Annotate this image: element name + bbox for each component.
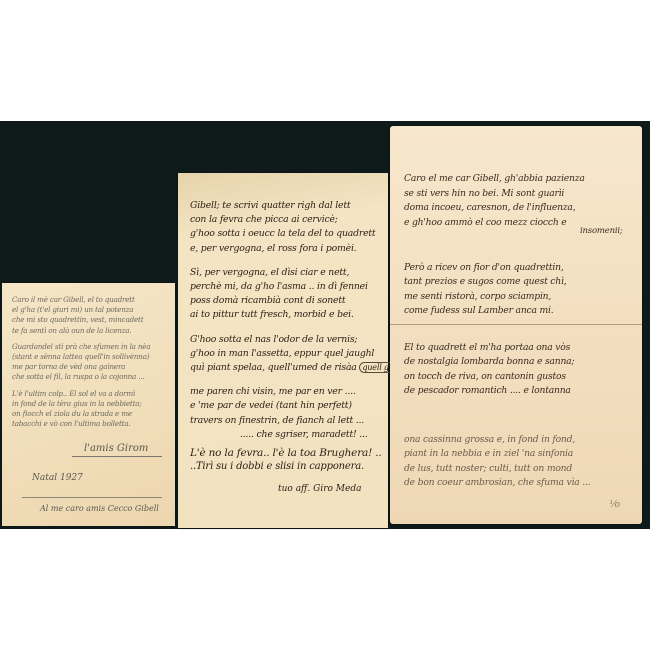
text-line: L'è no la fevra.. l'è la toa Brughera! .… <box>190 446 382 460</box>
text-line: Guardandel stì prà che sfumen in la nèa <box>12 342 167 352</box>
text-line: de lus, tutt noster; culti, tutt on mond <box>404 462 636 477</box>
text-line: e gh'hoo ammò el coo mezz ciocch e <box>404 217 567 228</box>
text-line: Però a ricev on fior d'on quadrettin, <box>404 261 636 276</box>
text-line: Sì, per vergogna, el dìsi ciar e nett, <box>190 266 382 280</box>
text-line: el g'ha (t'el giuri mi) un tal potenza <box>12 305 167 315</box>
text-line: Caro el me car Gibell, gh'abbia pazienza <box>404 172 636 187</box>
text-line: ..... che sgriser, maradett! ... <box>190 428 382 442</box>
left-stanza-2: Guardandel stì prà che sfumen in la nèa … <box>12 342 167 383</box>
text-line: El to quadrett el m'ha portaa ona vòs <box>404 341 636 356</box>
text-line: e 'me par de vedei (tant hin perfett) <box>190 399 382 413</box>
text-line: g'hoo sotta i oeucc la tela del to quadr… <box>190 227 382 241</box>
middle-stanza-5: L'è no la fevra.. l'è la toa Brughera! .… <box>190 446 382 474</box>
text-line: e, per vergogna, el ross fora i pomèi. <box>190 242 382 256</box>
middle-stanza-3: G'hoo sotta el nas l'odor de la vernis; … <box>190 333 382 376</box>
text-line: ai to pittur tutt fresch, morbid e bei. <box>190 308 382 322</box>
signature-underline <box>72 456 162 457</box>
text-line: tant prezios e sugos come quest chì, <box>404 275 636 290</box>
text-line: travers on finestrin, de fianch al lett … <box>190 414 382 428</box>
text-line: ona cassinna grossa e, in fond in fond, <box>404 433 636 448</box>
text-line: G'hoo sotta el nas l'odor de la vernis; <box>190 333 382 347</box>
text-line: tabacchi e vò con l'ultima bolletta. <box>12 419 167 429</box>
text-line: on fiocch el ziola du la strada e me <box>12 409 167 419</box>
middle-stanza-2: Sì, per vergogna, el dìsi ciar e nett, p… <box>190 266 382 323</box>
right-stanza-2: Però a ricev on fior d'on quadrettin, ta… <box>404 261 636 319</box>
left-date: Natal 1927 <box>12 473 167 483</box>
text-line: con la fevra che picca ai cervicè; <box>190 213 382 227</box>
text-line: poss domà ricambià cont di sonett <box>190 294 382 308</box>
text-line: che sotta el fil, la ruspa o la cojonna … <box>12 372 167 382</box>
middle-signature: tuo aff. Giro Meda <box>190 484 382 494</box>
text-line: te fa sentì on alà oun de la licenza. <box>12 326 167 336</box>
text-line: che mi sto quadrettin, vest, mincadett <box>12 315 167 325</box>
text-line: on tocch de riva, on cantonin gustos <box>404 370 636 385</box>
left-stanza-1: Caro il mè car Gibell, el to quadrett el… <box>12 295 167 336</box>
right-stanza-3: El to quadrett el m'ha portaa ona vòs de… <box>404 341 636 399</box>
text-line: se sti vers hin no bei. Mi sont guarìi <box>404 187 636 202</box>
text-line: g'hoo in man l'assetta, eppur quel jaugh… <box>190 347 382 361</box>
left-signature: l'amis Girom <box>12 443 167 454</box>
text-line: doma incoeu, caresnon, de l'influenza, <box>404 201 636 216</box>
middle-letter-card: Gibell; te scrivi quatter righ dal lett … <box>178 173 388 528</box>
text-line: Gibell; te scrivi quatter righ dal lett <box>190 199 382 213</box>
text-line: quì piant spelaa, quell'umed de risàa qu… <box>190 361 382 375</box>
right-stanza-1: Caro el me car Gibell, gh'abbia pazienza… <box>404 172 636 239</box>
text-line: L'è l'ultim colp.. El sol el va a dormì <box>12 389 167 399</box>
text-line: me paren chi visin, me par en ver .... <box>190 385 382 399</box>
text-line: me senti ristorà, corpo sciampin, <box>404 290 636 305</box>
text-line: perchè mi, da g'ho l'asma .. in dì fenne… <box>190 280 382 294</box>
left-letter-card: Caro il mè car Gibell, el to quadrett el… <box>2 283 175 526</box>
right-letter-card: Caro el me car Gibell, gh'abbia pazienza… <box>390 126 642 524</box>
text-line: (stant e sènna lattea quell'in sollivènn… <box>12 352 167 362</box>
page-mark: ⅟o <box>609 500 620 510</box>
text-line: quì piant spelaa, quell'umed de risàa <box>190 362 357 373</box>
text-line: come fudess sul Lamber anca mi. <box>404 304 636 319</box>
left-dedication: Al me caro amis Cecco Gibell <box>12 504 167 513</box>
text-line: ..Tirì su i dobbi e slisi in capponera. <box>190 460 382 474</box>
text-line: piant in la nebbia e in ziel 'na sinfoni… <box>404 447 636 462</box>
text-line: de pescador romantich .... e lontanna <box>404 384 636 399</box>
divider-line <box>22 497 162 498</box>
text-line: de nostalgia lombarda bonna e sanna; <box>404 355 636 370</box>
text-line: in fond de la tèra gius in la nebbietta; <box>12 399 167 409</box>
text-line: me par torna de vèd ona gaìnera <box>12 362 167 372</box>
middle-stanza-1: Gibell; te scrivi quatter righ dal lett … <box>190 199 382 256</box>
text-line: Caro il mè car Gibell, el to quadrett <box>12 295 167 305</box>
paper-fold-line <box>390 324 642 325</box>
left-stanza-3: L'è l'ultim colp.. El sol el va a dormì … <box>12 389 167 430</box>
text-line: de bon coeur ambrosian, che sfuma vìa ..… <box>404 476 636 491</box>
right-stanza-4: ona cassinna grossa e, in fond in fond, … <box>404 433 636 491</box>
middle-stanza-4: me paren chi visin, me par en ver .... e… <box>190 385 382 442</box>
